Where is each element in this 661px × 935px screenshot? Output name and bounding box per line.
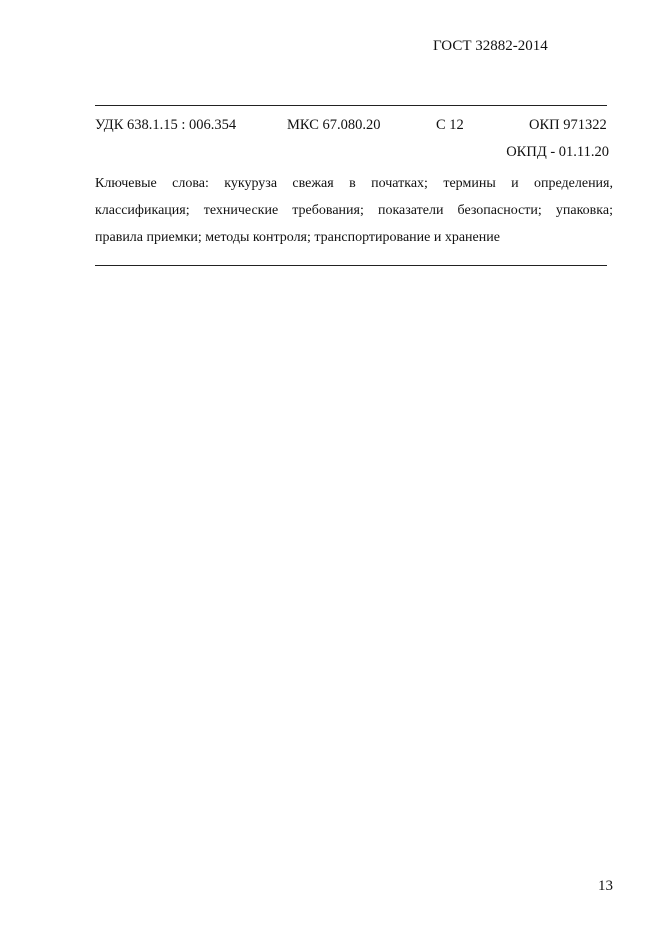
keywords-line: классификация; технические требования; п… [95,197,613,224]
mks-code: МКС 67.080.20 [287,117,381,134]
bottom-divider [95,265,607,266]
group-code: С 12 [436,117,464,134]
keywords-paragraph: Ключевые слова: кукуруза свежая в початк… [95,170,613,251]
keywords-line: Ключевые слова: кукуруза свежая в початк… [95,170,613,197]
standard-number: ГОСТ 32882-2014 [433,38,548,55]
keywords-line: правила приемки; методы контроля; трансп… [95,224,613,251]
top-divider [95,105,607,106]
okpd-code: ОКПД - 01.11.20 [506,144,609,161]
udk-code: УДК 638.1.15 : 006.354 [95,117,236,134]
okp-code: ОКП 971322 [529,117,607,134]
page-number: 13 [598,878,613,895]
